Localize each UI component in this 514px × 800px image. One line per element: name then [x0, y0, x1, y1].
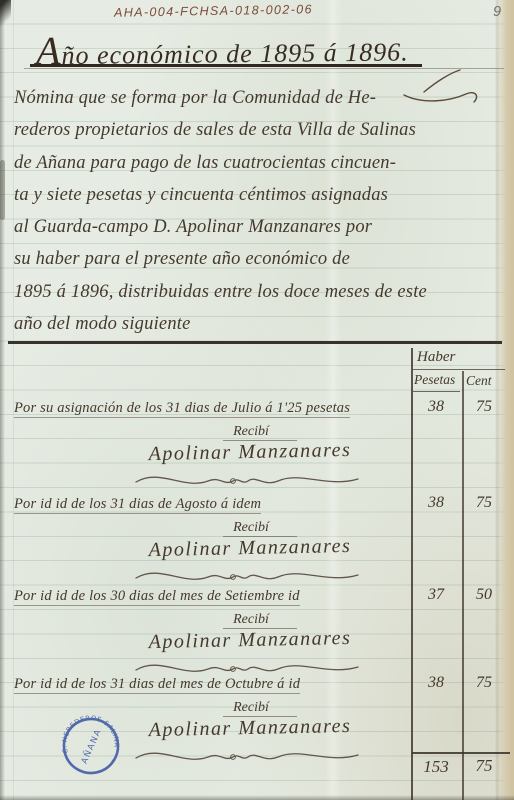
page-bottom-shadow — [0, 795, 514, 800]
receipt-label: Recibí — [150, 520, 370, 536]
total-pesetas-value: 153 — [410, 757, 462, 777]
entry-cent-value: 75 — [463, 494, 505, 512]
receipt-label-text: Recibí — [223, 612, 297, 629]
paragraph-line: de Añana para pago de las cuatrocientas … — [14, 147, 510, 179]
pesetas-underline — [413, 391, 460, 392]
receipt-label: Recibí — [150, 700, 370, 716]
haber-underline — [413, 369, 505, 370]
entry-description-text: Por su asignación de los 31 dias de Juli… — [14, 400, 350, 418]
column-header-haber: Haber — [417, 349, 455, 366]
column-header-cent: Cent — [466, 373, 492, 389]
signature: Apolinar Manzanares — [100, 534, 400, 563]
entry-cent-value: 75 — [463, 398, 505, 416]
entry-cent-value: 50 — [463, 586, 505, 604]
entry-cent-value: 75 — [463, 674, 505, 692]
entry-description: Por su asignación de los 31 dias de Juli… — [14, 400, 412, 417]
table-row: Por id id de los 31 dias de Agosto á ide… — [0, 490, 514, 586]
document-page: AHA-004-FCHSA-018-002-06 9 Año económico… — [0, 0, 514, 800]
document-title: Año económico de 1895 á 1896. — [36, 23, 476, 75]
entry-description: Por id id de los 30 dias del mes de Seti… — [14, 588, 412, 605]
section-separator-rule — [8, 341, 502, 344]
paragraph-line: su haber para el presente año económico … — [14, 243, 510, 275]
entry-pesetas-value: 37 — [412, 586, 460, 604]
entry-description: Por id id de los 31 dias de Agosto á ide… — [14, 496, 412, 513]
signature: Apolinar Manzanares — [100, 626, 400, 655]
paragraph-line: Nómina que se forma por la Comunidad de … — [14, 82, 510, 114]
paragraph-line: ta y siete pesetas y cincuenta céntimos … — [14, 179, 510, 211]
binding-edge-mark — [0, 160, 5, 220]
stamp-center-text: AÑANA — [79, 727, 104, 766]
entry-pesetas-value: 38 — [412, 494, 460, 512]
table-row: Por su asignación de los 31 dias de Juli… — [0, 394, 514, 490]
preamble-paragraph: Nómina que se forma por la Comunidad de … — [14, 82, 510, 340]
signature-rubric-flourish — [132, 472, 362, 490]
folio-page-number: 9 — [493, 4, 501, 20]
signature-rubric-flourish — [132, 748, 362, 766]
receipt-label-text: Recibí — [223, 700, 297, 717]
paragraph-line: rederos propietarios de sales de esta Vi… — [14, 114, 510, 146]
total-sum-line — [412, 752, 510, 754]
entry-pesetas-value: 38 — [412, 674, 460, 692]
entry-description: Por id id de los 31 dias del mes de Octu… — [14, 676, 412, 693]
entry-description-text: Por id id de los 31 dias del mes de Octu… — [14, 676, 300, 694]
table-row: Por id id de los 30 dias del mes de Seti… — [0, 582, 514, 678]
paragraph-line: 1895 á 1896, distribuidas entre los doce… — [14, 276, 510, 308]
total-cent-value: 75 — [463, 756, 505, 776]
receipt-label: Recibí — [150, 424, 370, 440]
signature: Apolinar Manzanares — [100, 714, 400, 743]
entry-description-text: Por id id de los 31 dias de Agosto á ide… — [14, 496, 261, 514]
scan-corner-shadow — [0, 0, 11, 30]
receipt-label-text: Recibí — [223, 424, 297, 441]
entry-pesetas-value: 38 — [412, 398, 460, 416]
entry-description-text: Por id id de los 30 dias del mes de Seti… — [14, 588, 300, 606]
paragraph-line: año del modo siguiente — [14, 308, 510, 340]
column-header-pesetas: Pesetas — [414, 372, 455, 388]
receipt-label: Recibí — [150, 612, 370, 628]
signature: Apolinar Manzanares — [100, 438, 400, 467]
archive-reference: AHA-004-FCHSA-018-002-06 — [114, 2, 313, 19]
paragraph-line: al Guarda-campo D. Apolinar Manzanares p… — [14, 211, 510, 243]
title-underline-thin — [24, 68, 504, 69]
receipt-label-text: Recibí — [223, 520, 297, 537]
title-underline-thick — [30, 64, 422, 67]
stamp-star-left-icon: ✦ — [75, 766, 82, 774]
